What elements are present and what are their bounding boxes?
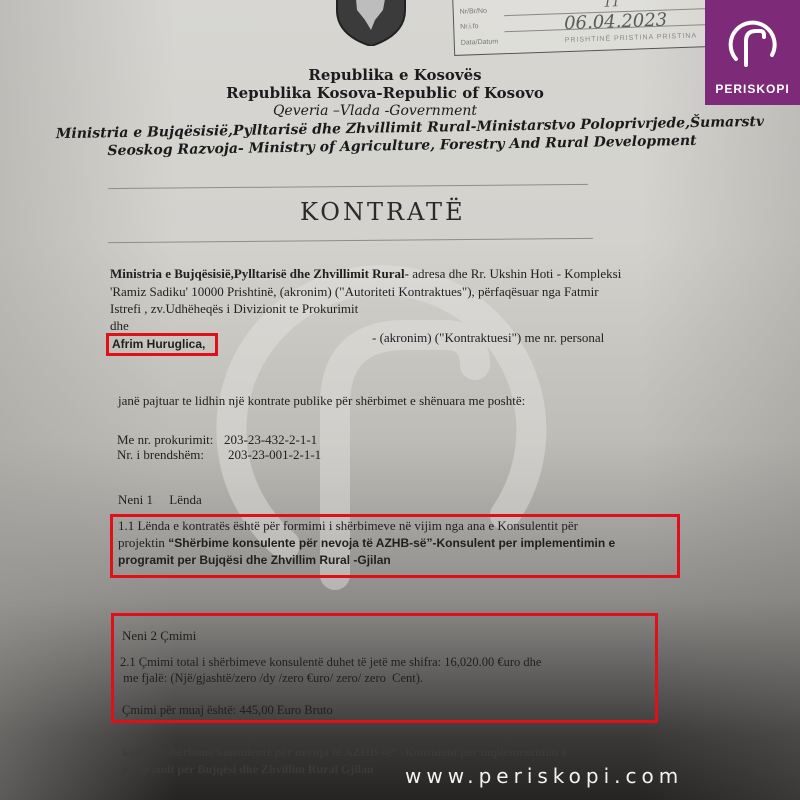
article2-monthly-price: Çmimi për muaj është: 445,00 Euro Bruto xyxy=(122,703,333,718)
website-url[interactable]: www.periskopi.com xyxy=(405,764,683,788)
procurement-number: 203-23-432-2-1-1 xyxy=(224,432,317,448)
internal-number: 203-23-001-2-1-1 xyxy=(228,447,321,463)
document-photo: 14/20 Nr/Br/No 11 Nr.i.fo 06.04.2023 Dat… xyxy=(0,0,800,800)
procurement-label: Me nr. prokurimit: xyxy=(117,432,213,448)
header-republic-al: Republika e Kosovës xyxy=(0,66,795,84)
stamp-label-nr: Nr/Br/No xyxy=(460,8,487,16)
contractor-name-highlight xyxy=(106,333,218,356)
kosovo-coat-of-arms-icon xyxy=(333,0,409,46)
stamp-sub-number: 11 xyxy=(603,0,620,11)
internal-number-label: Nr. i brendshëm: xyxy=(117,447,204,463)
title-bottom-rule xyxy=(108,238,593,243)
article2-line2: me fjalë: (Një/gjashtë/zero /dy /zero €u… xyxy=(120,671,423,686)
agreement-text: janë pajtuar te lidhin një kontrate publ… xyxy=(118,393,525,409)
party1-address: adresa dhe Rr. Ukshin Hoti - Kompleksi xyxy=(409,266,621,281)
footer-line1: Kontrata: “Shërbime konsulentë për nevoj… xyxy=(122,745,567,760)
registry-stamp: 14/20 Nr/Br/No 11 Nr.i.fo 06.04.2023 Dat… xyxy=(452,0,726,56)
periskopi-logo[interactable]: PERISKOPI xyxy=(705,0,800,105)
article2-heading: Neni 2 Çmimi xyxy=(122,628,196,644)
periskopi-logo-text: PERISKOPI xyxy=(705,82,800,96)
periskopi-logo-icon xyxy=(728,17,778,69)
stamp-city: PRISHTINË PRISTINA PRISTINA xyxy=(565,32,698,44)
stamp-date: 06.04.2023 xyxy=(564,10,668,35)
stamp-label-nr2: Nr.i.fo xyxy=(460,23,479,31)
stamp-label-date: Data/Datum xyxy=(461,38,499,46)
article1-heading: Neni 1 Lënda xyxy=(118,492,202,508)
title-top-rule xyxy=(108,184,588,189)
article1-project-title: “Shërbime konsulente për nevoja të AZHB-… xyxy=(168,536,615,550)
article1-project-label: projektin xyxy=(118,535,168,550)
party1-line3: Istrefi , zv.Udhëheqës i Divizionit te P… xyxy=(110,301,358,317)
footer-label: Kontrata: xyxy=(122,748,158,758)
contractor-description: - (akronim) ("Kontraktuesi") me nr. pers… xyxy=(372,330,604,346)
article2-line1: 2.1 Çmimi total i shërbimeve konsulentë … xyxy=(120,655,541,670)
article1-line2: projektin “Shërbime konsulente për nevoj… xyxy=(118,535,615,551)
document-title: KONTRATË xyxy=(300,198,466,226)
header-republic-sr-en: Republika Kosova-Republic of Kosovo xyxy=(0,84,785,102)
party1-line2: 'Ramiz Sadiku' 10000 Prishtinë, (akronim… xyxy=(110,284,599,300)
party1-line1: Ministria e Bujqësisië,Pylltarisë dhe Zh… xyxy=(110,266,621,282)
footer-line2: programit për Bujqësi dhe Zhvillim Rural… xyxy=(122,762,374,777)
party1-name: Ministria e Bujqësisië,Pylltarisë dhe Zh… xyxy=(110,266,409,281)
and-text: dhe xyxy=(110,318,129,334)
footer-contract-title: “Shërbime konsulentë për nevoja të AZHB-… xyxy=(158,745,567,759)
article1-line3: programit per Bujqësi dhe Zhvillim Rural… xyxy=(118,553,391,567)
article1-line1: 1.1 Lënda e kontratës është për formimi … xyxy=(118,518,578,534)
